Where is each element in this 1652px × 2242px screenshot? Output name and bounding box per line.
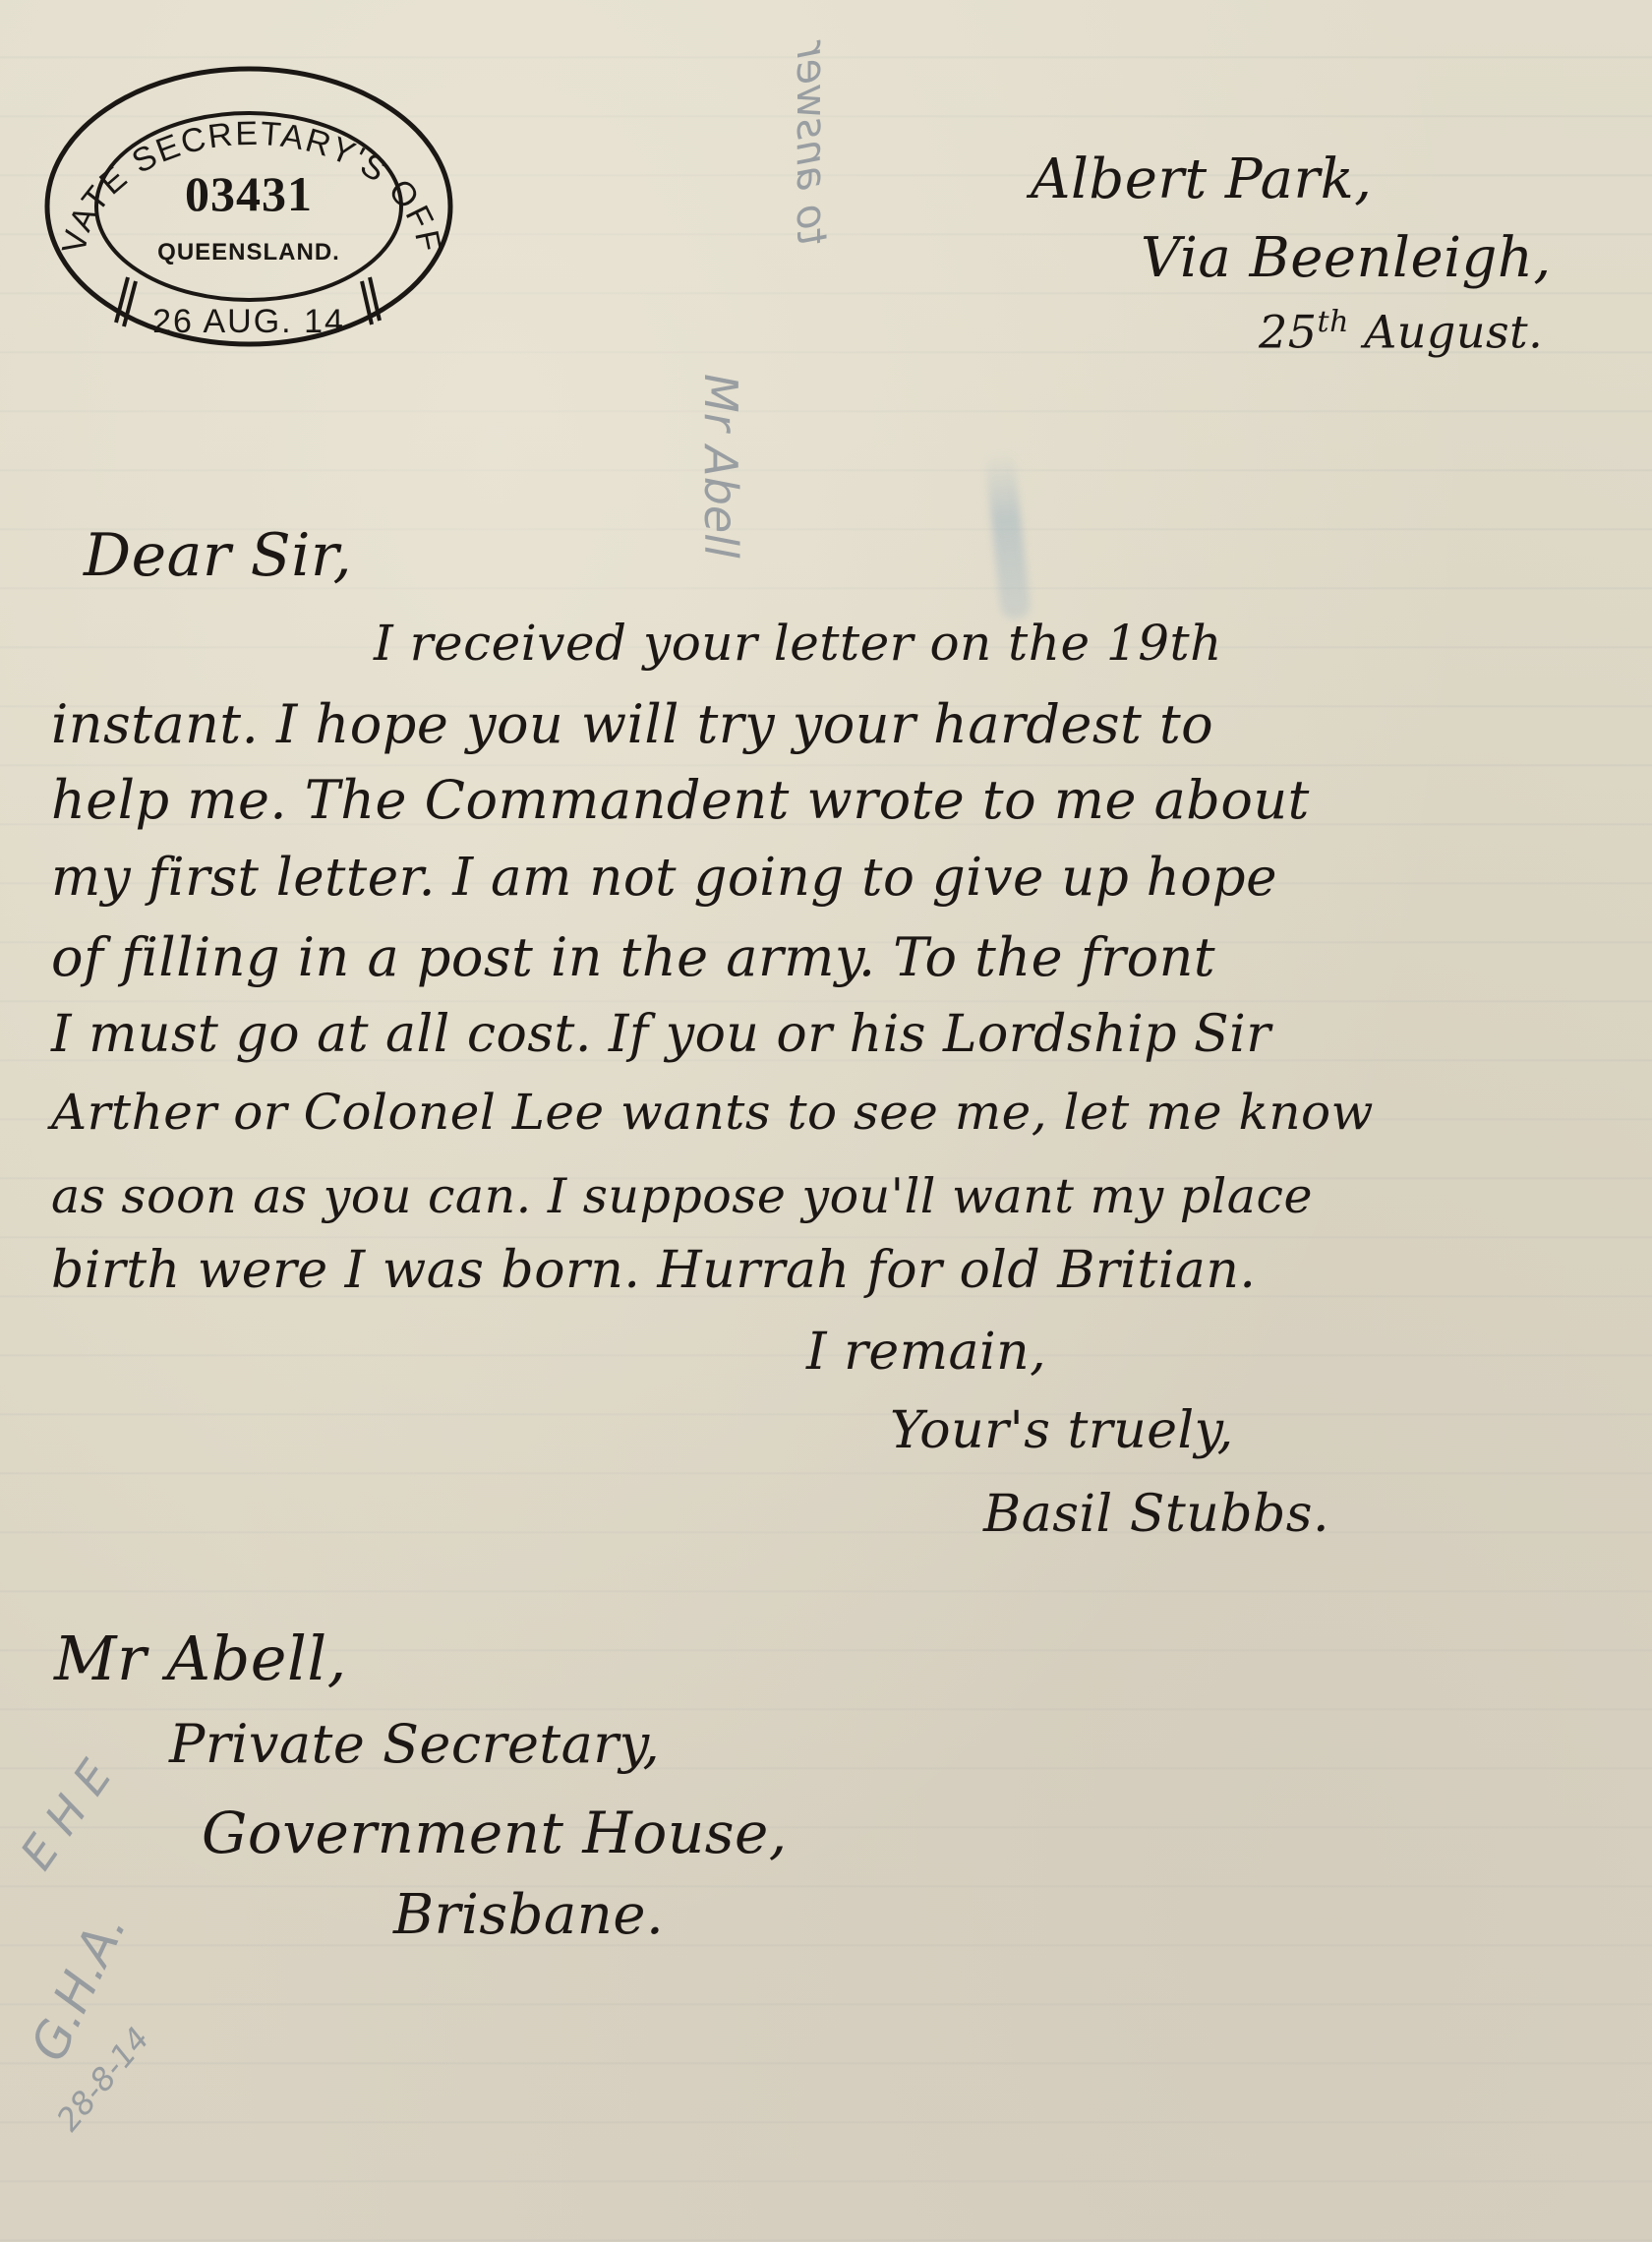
body-line-1: I received your letter on the 19th [374, 615, 1222, 672]
letter-date: 25th August. [1259, 305, 1543, 358]
stamp-region: QUEENSLAND. [37, 239, 460, 266]
closing-yours-truly: Your's truely, [890, 1401, 1234, 1460]
addressee-place: Government House, [202, 1799, 788, 1866]
sender-address-line2: Via Beenleigh, [1141, 226, 1552, 290]
addressee-name: Mr Abell, [54, 1622, 347, 1694]
signature: Basil Stubbs. [983, 1485, 1329, 1544]
body-line-4: my first letter. I am not going to give … [51, 848, 1277, 908]
addressee-city: Brisbane. [393, 1883, 664, 1947]
body-line-7: Arther or Colonel Lee wants to see me, l… [51, 1084, 1374, 1141]
stamp-ring-text: PRIVATE SECRETARY'S OFFICE [37, 59, 448, 257]
sender-address-line1: Albert Park, [1031, 147, 1372, 211]
stamp-number: 03431 [37, 165, 460, 222]
body-line-9: birth were I was born. Hurrah for old Br… [51, 1241, 1256, 1300]
pencil-vertical-note-2: to answer [788, 42, 836, 246]
stamp-date: 26 AUG. 14 [37, 303, 460, 341]
pencil-vertical-note-1: Mr Abell [694, 374, 747, 559]
closing-i-remain: I remain, [806, 1323, 1046, 1382]
private-secretary-office-stamp: PRIVATE SECRETARY'S OFFICE 03431 QUEENSL… [37, 59, 460, 354]
addressee-title: Private Secretary, [169, 1713, 660, 1775]
body-line-6: I must go at all cost. If you or his Lor… [51, 1005, 1271, 1064]
body-line-2: instant. I hope you will try your hardes… [51, 693, 1213, 755]
date-suffix: th [1318, 305, 1349, 339]
salutation: Dear Sir, [84, 521, 352, 590]
body-line-5: of filling in a post in the army. To the… [51, 926, 1215, 988]
svg-text:PRIVATE SECRETARY'S OFFICE: PRIVATE SECRETARY'S OFFICE [37, 59, 448, 257]
body-line-3: help me. The Commandent wrote to me abou… [51, 769, 1310, 831]
body-line-8: as soon as you can. I suppose you'll wan… [51, 1168, 1313, 1224]
date-day: 25 [1259, 305, 1318, 358]
date-month: August. [1364, 305, 1543, 358]
